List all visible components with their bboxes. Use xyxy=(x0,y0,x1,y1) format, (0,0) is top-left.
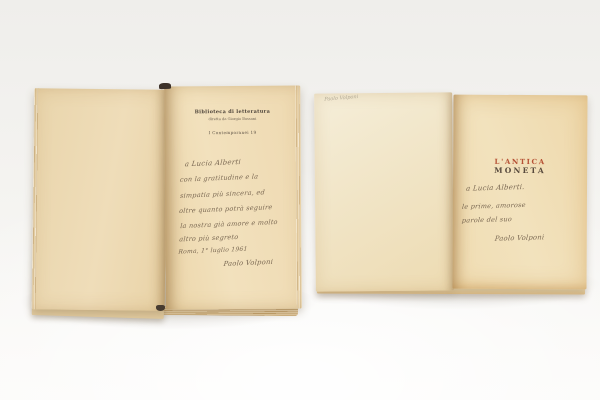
series-title: Biblioteca di letteratura xyxy=(164,109,300,116)
photo-background: Biblioteca di letteratura diretta da Gio… xyxy=(0,0,600,400)
author-signature: Paolo Volponi xyxy=(223,258,273,268)
dedication-line: oltre quanto potrà seguire xyxy=(179,203,273,215)
author-signature: Paolo Volponi xyxy=(494,233,544,242)
dedication-line: altro più segreto xyxy=(179,233,239,244)
dedication-date: Roma, 1° luglio 1961 xyxy=(178,246,248,256)
book-title-line2: MONETA xyxy=(453,167,587,176)
series-number: I Contemporanei 19 xyxy=(165,129,301,135)
dedication-line: simpatia più sincera, ed xyxy=(180,188,266,200)
left-book-spine-bottom xyxy=(156,305,165,311)
dedication-line: le prime, amorose xyxy=(462,201,527,211)
dedication-line: la nostra già amore e molto xyxy=(180,218,278,230)
pencil-note: Paolo Volponi xyxy=(324,94,358,103)
series-editor: diretta da Giorgio Bassani xyxy=(164,116,300,121)
right-book-title-page: L'ANTICA MONETA a Lucia Alberti. le prim… xyxy=(452,95,587,290)
series-imprint: Biblioteca di letteratura diretta da Gio… xyxy=(164,109,300,135)
dedication-line: parole del suo xyxy=(461,215,512,225)
right-book-left-page: Paolo Volponi xyxy=(314,92,454,291)
dedication-line: a Lucia Alberti xyxy=(184,158,241,168)
left-book-title-page: Biblioteca di letteratura diretta da Gio… xyxy=(164,86,302,310)
left-book-fore-edge xyxy=(32,88,40,309)
book-title: L'ANTICA MONETA xyxy=(453,158,587,176)
left-book-spine-top xyxy=(159,83,171,89)
left-book-left-page xyxy=(32,88,168,311)
dedication-line: con la gratitudine e la xyxy=(180,172,259,183)
dedication-line: a Lucia Alberti. xyxy=(466,183,525,193)
